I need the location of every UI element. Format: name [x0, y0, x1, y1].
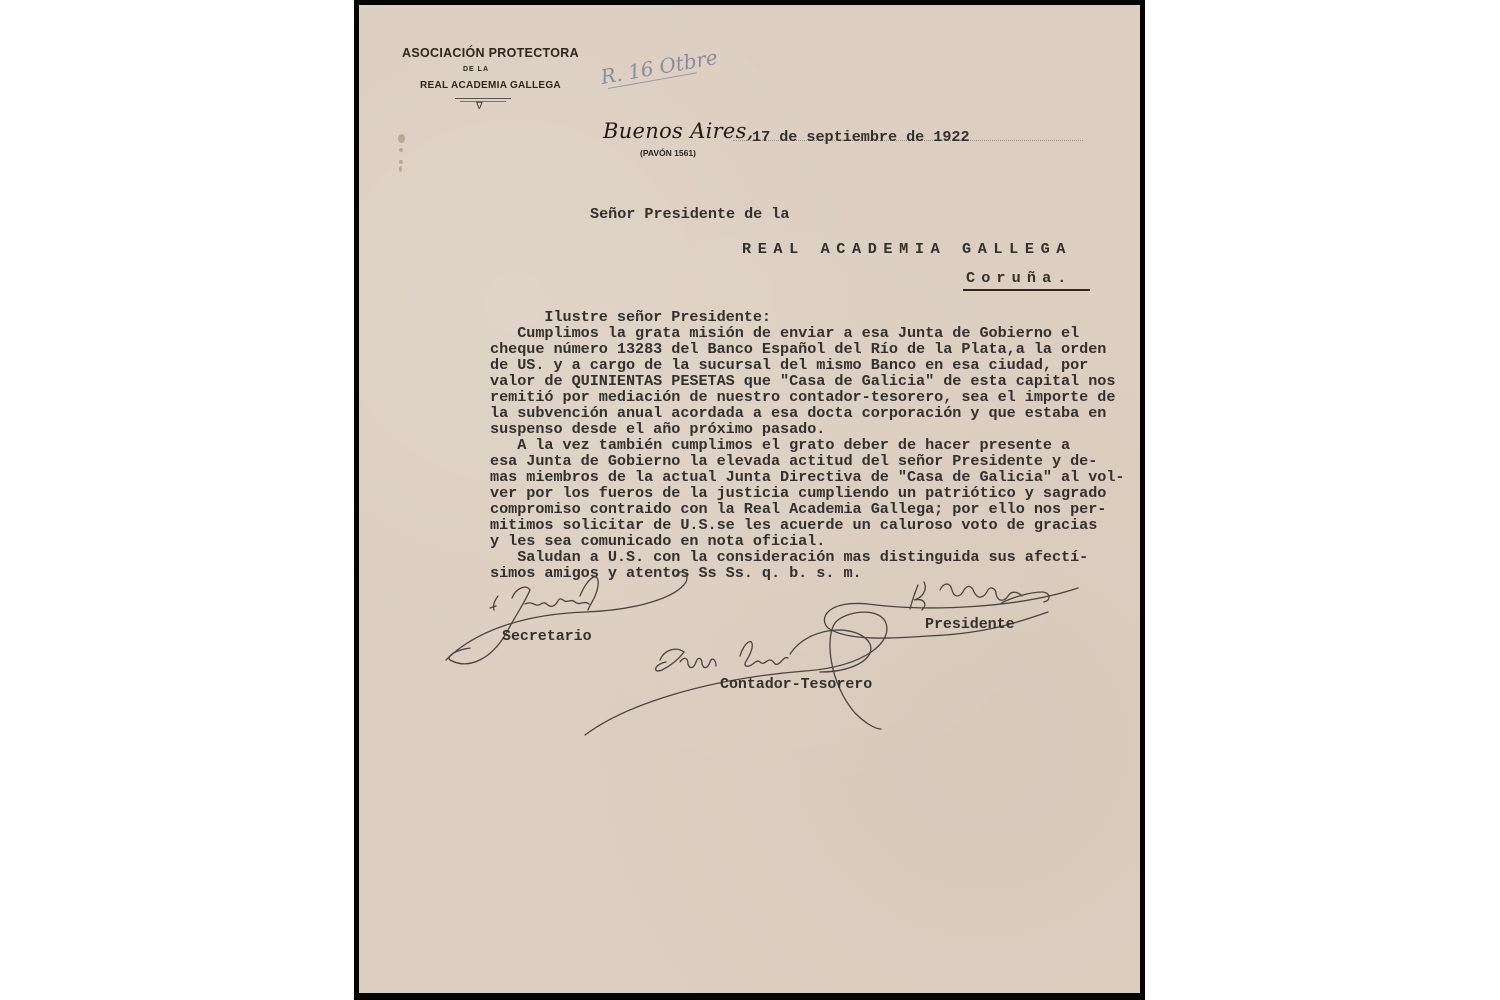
letterhead-name: REAL ACADEMIA GALLEGA	[420, 80, 561, 91]
recipient-salutation: Señor Presidente de la	[590, 205, 789, 223]
stain-spot	[399, 166, 402, 172]
body-line: simos amigos y atentos Ss Ss. q. b. s. m…	[490, 565, 1124, 581]
signature-role-tesorero: Contador-Tesorero	[720, 676, 872, 693]
signature-role-presidente: Presidente	[925, 616, 1015, 633]
body-line: y les sea comunicado en nota oficial.	[490, 533, 1124, 549]
body-line: A la vez también cumplimos el grato debe…	[490, 437, 1124, 453]
letterhead-title: ASOCIACIÓN PROTECTORA	[402, 46, 579, 60]
body-line: compromiso contraido con la Real Academi…	[490, 501, 1124, 517]
body-line: valor de QUINIENTAS PESETAS que "Casa de…	[490, 373, 1124, 389]
body-line: Ilustre señor Presidente:	[490, 309, 1124, 325]
body-line: mas miembros de la actual Junta Directiv…	[490, 469, 1124, 485]
stain-spot	[399, 148, 403, 152]
body-line: suspenso desde el año próximo pasado.	[490, 421, 1124, 437]
letterhead-rule	[460, 101, 506, 102]
stain-spot	[399, 160, 403, 164]
body-line: esa Junta de Gobierno la elevada actitud…	[490, 453, 1124, 469]
body-line: de US. y a cargo de la sucursal del mism…	[490, 357, 1124, 373]
signature-role-secretario: Secretario	[502, 628, 592, 645]
body-line: Cumplimos la grata misión de enviar a es…	[490, 325, 1124, 341]
crest-emblem-icon: ∇	[476, 101, 483, 112]
letterhead-subtitle: DE LA	[463, 66, 489, 73]
letter-body: Ilustre señor Presidente: Cumplimos la g…	[490, 309, 1124, 581]
body-line: ver por los fueros de la justicia cumpli…	[490, 485, 1124, 501]
letterhead-rule	[455, 98, 511, 99]
dateline-address: (PAVÓN 1561)	[640, 148, 696, 158]
body-line: remitió por mediación de nuestro contado…	[490, 389, 1124, 405]
dateline-date: 17 de septiembre de 1922	[752, 128, 970, 146]
body-line: cheque número 13283 del Banco Español de…	[490, 341, 1124, 357]
stain-spot	[398, 134, 405, 143]
body-line: la subvención anual acordada a esa docta…	[490, 405, 1124, 421]
dateline-city: Buenos Aires,	[603, 119, 754, 143]
body-line: mitimos solicitar de U.S.se les acuerde …	[490, 517, 1124, 533]
recipient-institution: REAL ACADEMIA GALLEGA	[742, 240, 1072, 258]
recipient-city-underline	[963, 289, 1090, 291]
body-line: Saludan a U.S. con la consideración mas …	[490, 549, 1124, 565]
recipient-city: Coruña.	[966, 269, 1073, 287]
